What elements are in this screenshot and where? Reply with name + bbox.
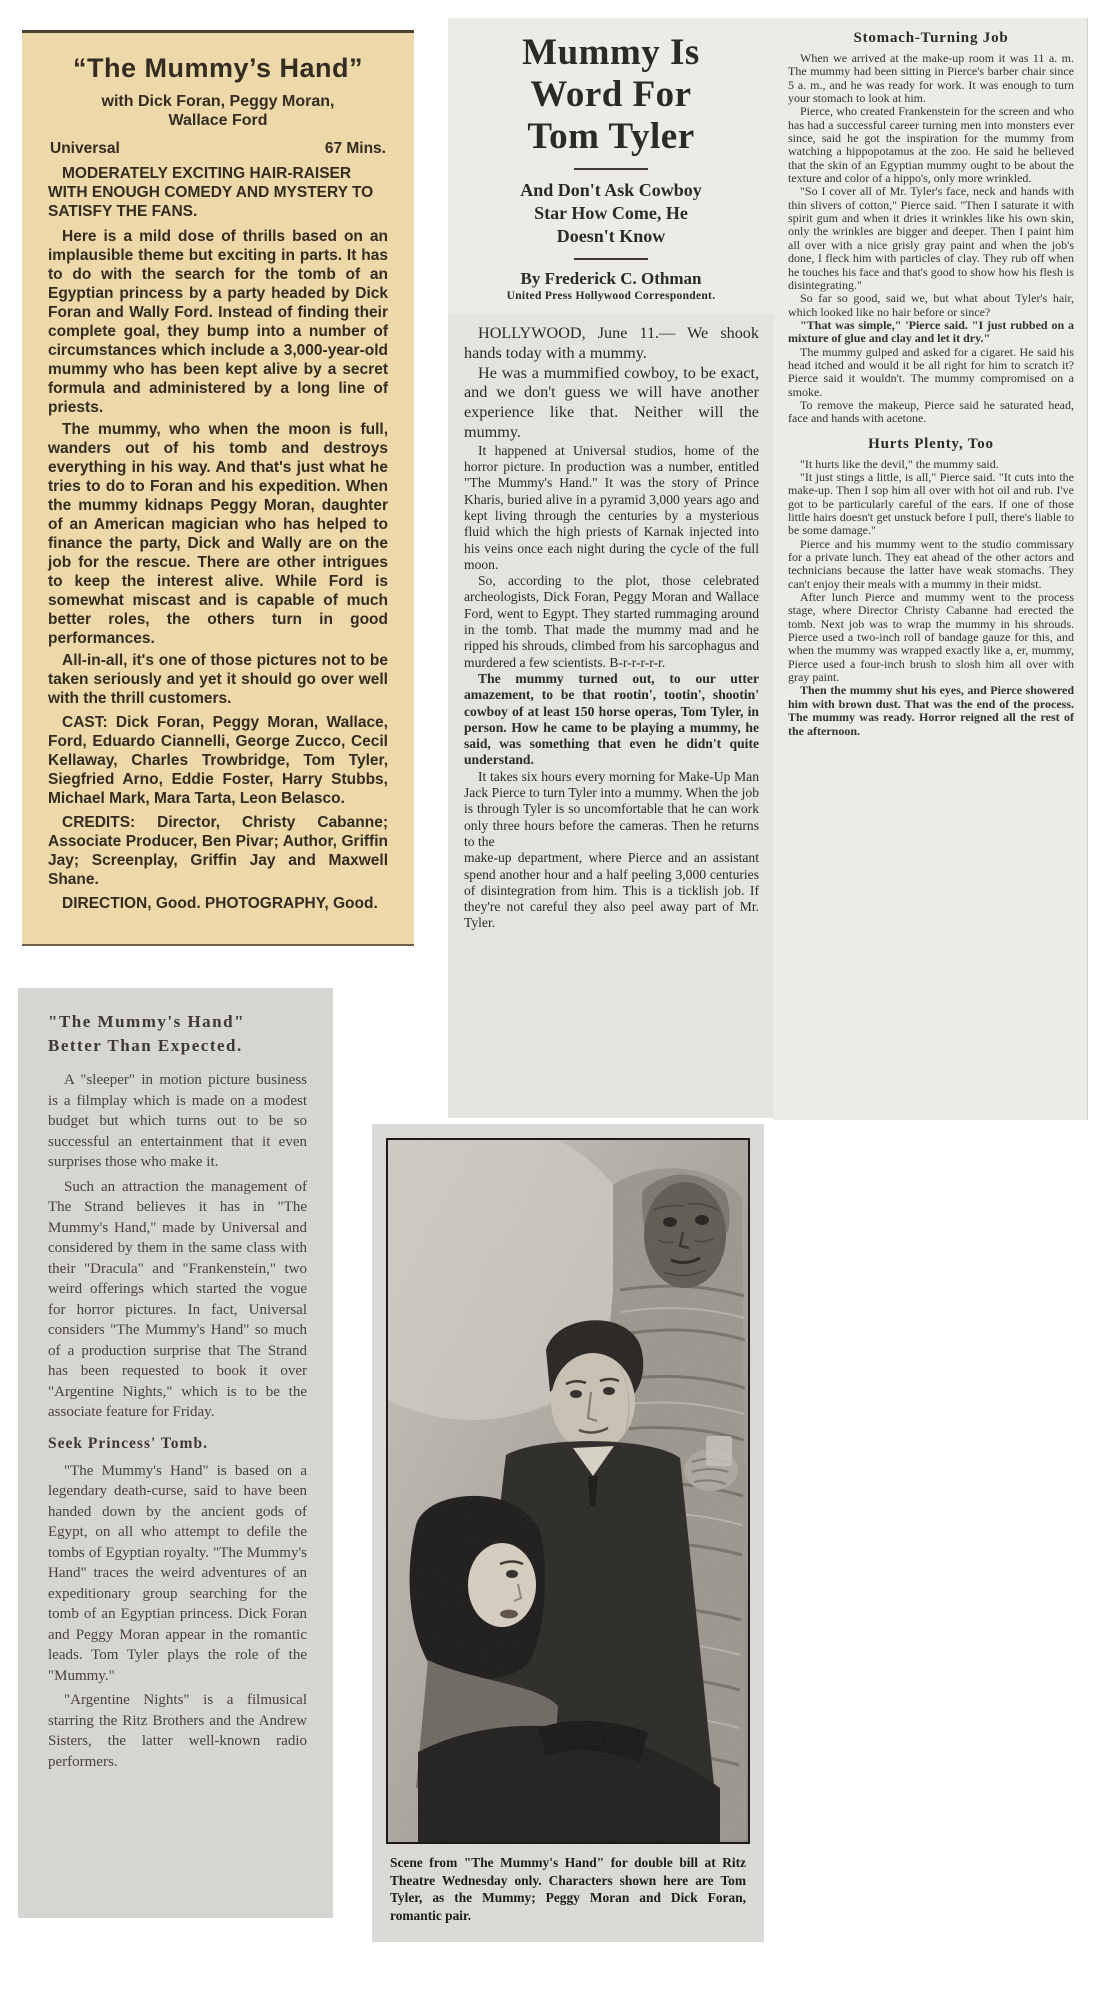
feature-paragraph: He was a mummified cowboy, to be exact, … — [464, 364, 759, 443]
review-studio-row: Universal 67 Mins. — [50, 140, 386, 158]
makeup-paragraph: To remove the makeup, Pierce said he sat… — [788, 399, 1074, 426]
makeup-paragraph: Then the mummy shut his eyes, and Pierce… — [788, 684, 1074, 737]
feature-subhead-line: And Don't Ask Cowboy — [458, 179, 764, 202]
review-title: “The Mummy’s Hand” — [48, 53, 388, 84]
feature-headline-line: Tom Tyler — [458, 116, 764, 158]
review-credits: CREDITS: Director, Christy Cabanne; Asso… — [48, 813, 388, 889]
strand-paragraph: "The Mummy's Hand" is based on a legenda… — [48, 1461, 307, 1687]
feature-article-clipping: Mummy Is Word For Tom Tyler And Don't As… — [448, 18, 774, 1118]
feature-byline: By Frederick C. Othman — [458, 269, 764, 289]
review-ratings: DIRECTION, Good. PHOTOGRAPHY, Good. — [48, 894, 388, 913]
feature-headline-line: Word For — [458, 74, 764, 116]
makeup-paragraph: "It just stings a little, is all," Pierc… — [788, 471, 1074, 538]
feature-masthead: Mummy Is Word For Tom Tyler And Don't As… — [448, 18, 774, 314]
feature-paragraph: The mummy turned out, to our utter amaze… — [464, 671, 759, 769]
review-with-line-2: Wallace Ford — [48, 111, 388, 130]
feature-paragraph: make-up department, where Pierce and an … — [464, 850, 759, 931]
feature-subhead-line: Doesn't Know — [458, 225, 764, 248]
makeup-paragraph: "So I cover all of Mr. Tyler's face, nec… — [788, 185, 1074, 292]
photo-clipping: Scene from "The Mummy's Hand" for double… — [372, 1124, 764, 1942]
makeup-paragraph: "It hurts like the devil," the mummy sai… — [788, 458, 1074, 471]
review-cast: CAST: Dick Foran, Peggy Moran, Wallace, … — [48, 713, 388, 808]
makeup-paragraph: After lunch Pierce and mummy went to the… — [788, 591, 1074, 684]
review-runtime: 67 Mins. — [325, 140, 386, 158]
makeup-paragraph: Pierce, who created Frankenstein for the… — [788, 105, 1074, 185]
makeup-paragraph: The mummy gulped and asked for a cigaret… — [788, 346, 1074, 399]
strand-heading-line-1: "The Mummy's Hand" — [48, 1010, 307, 1034]
strand-subheading: Seek Princess' Tomb. — [48, 1435, 307, 1453]
review-clipping: “The Mummy’s Hand” with Dick Foran, Pegg… — [22, 30, 414, 946]
feature-byline-org: United Press Hollywood Correspondent. — [458, 290, 764, 302]
feature-body-column: HOLLYWOOD, June 11.— We shook hands toda… — [448, 314, 774, 938]
subhead-rule — [574, 258, 648, 260]
feature-paragraph: It takes six hours every morning for Mak… — [464, 769, 759, 850]
feature-subhead-line: Star How Come, He — [458, 202, 764, 225]
makeup-paragraph: Pierce and his mummy went to the studio … — [788, 538, 1074, 591]
photo-mummy-scene — [388, 1140, 748, 1842]
feature-paragraph: It happened at Universal studios, home o… — [464, 443, 759, 573]
strand-paragraph: A "sleeper" in motion picture business i… — [48, 1070, 307, 1173]
review-paragraph: All-in-all, it's one of those pictures n… — [48, 651, 388, 708]
makeup-column-clipping: Stomach-Turning Job When we arrived at t… — [774, 18, 1088, 1120]
headline-rule — [574, 168, 648, 170]
strand-paragraph: "Argentine Nights" is a filmusical starr… — [48, 1690, 307, 1772]
strand-clipping: "The Mummy's Hand" Better Than Expected.… — [18, 988, 333, 1918]
strand-heading-line-2: Better Than Expected. — [48, 1034, 307, 1058]
strand-paragraph: Such an attraction the management of The… — [48, 1177, 307, 1423]
makeup-paragraph: "That was simple," 'Pierce said. "I just… — [788, 319, 1074, 346]
makeup-heading-stomach: Stomach-Turning Job — [788, 30, 1074, 47]
photo-frame — [386, 1138, 750, 1844]
photo-caption: Scene from "The Mummy's Hand" for double… — [386, 1854, 750, 1924]
feature-headline-line: Mummy Is — [458, 32, 764, 74]
makeup-paragraph: When we arrived at the make-up room it w… — [788, 52, 1074, 105]
newspaper-scan-page: “The Mummy’s Hand” with Dick Foran, Pegg… — [0, 0, 1100, 2000]
review-paragraph: The mummy, who when the moon is full, wa… — [48, 420, 388, 648]
review-with-line-1: with Dick Foran, Peggy Moran, — [48, 92, 388, 111]
makeup-paragraph: So far so good, said we, but what about … — [788, 292, 1074, 319]
feature-paragraph: HOLLYWOOD, June 11.— We shook hands toda… — [464, 324, 759, 364]
feature-paragraph: So, according to the plot, those celebra… — [464, 573, 759, 671]
review-paragraph: Here is a mild dose of thrills based on … — [48, 227, 388, 417]
review-verdict: MODERATELY EXCITING HAIR-RAISER WITH ENO… — [48, 164, 388, 221]
makeup-heading-hurts: Hurts Plenty, Too — [788, 436, 1074, 453]
review-studio: Universal — [50, 140, 120, 158]
